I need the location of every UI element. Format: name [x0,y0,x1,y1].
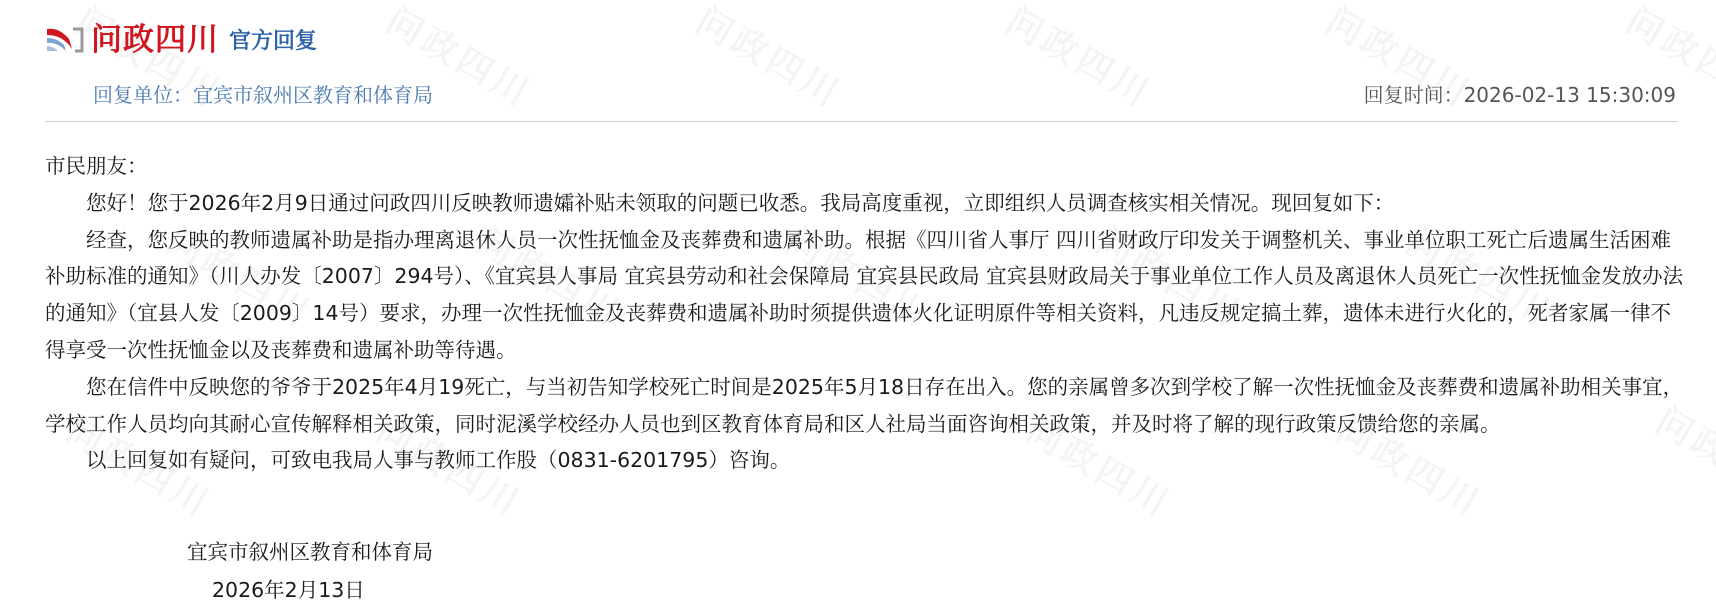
brand-name: 问政四川 [91,22,219,58]
wenzheng-logo-icon [45,25,85,55]
reply-content: 市民朋友： 您好！您于2026年2月9日通过问政四川反映教师遗孀补贴未领取的问题… [45,148,1685,479]
reply-unit-value: 宜宾市叙州区教育和体育局 [193,83,433,107]
watermark: 问政四川 [998,0,1162,118]
paragraph: 经查，您反映的教师遗属补助是指办理离退休人员一次性抚恤金及丧葬费和遗属补助。根据… [45,222,1685,369]
reply-unit-label: 回复单位： [93,83,193,107]
header-divider [45,121,1678,122]
paragraph: 您好！您于2026年2月9日通过问政四川反映教师遗孀补贴未领取的问题已收悉。我局… [45,185,1685,222]
reply-time: 回复时间：2026-02-13 15:30:09 [1364,82,1676,108]
paragraph: 以上回复如有疑问，可致电我局人事与教师工作股（0831-6201795）咨询。 [45,442,1685,479]
signature-org: 宜宾市叙州区教育和体育局 [187,537,433,567]
watermark: 问政四川 [688,0,852,118]
paragraph: 您在信件中反映您的爷爷于2025年4月19死亡，与当初告知学校死亡时间是2025… [45,369,1685,443]
signature-date: 2026年2月13日 [212,575,365,603]
salutation: 市民朋友： [45,148,1685,185]
reply-unit: 回复单位：宜宾市叙州区教育和体育局 [93,82,433,108]
brand-logo: 问政四川 官方回复 [45,22,317,58]
reply-time-label: 回复时间： [1364,83,1464,107]
reply-time-value: 2026-02-13 15:30:09 [1464,83,1676,107]
brand-subtitle: 官方回复 [229,20,317,60]
